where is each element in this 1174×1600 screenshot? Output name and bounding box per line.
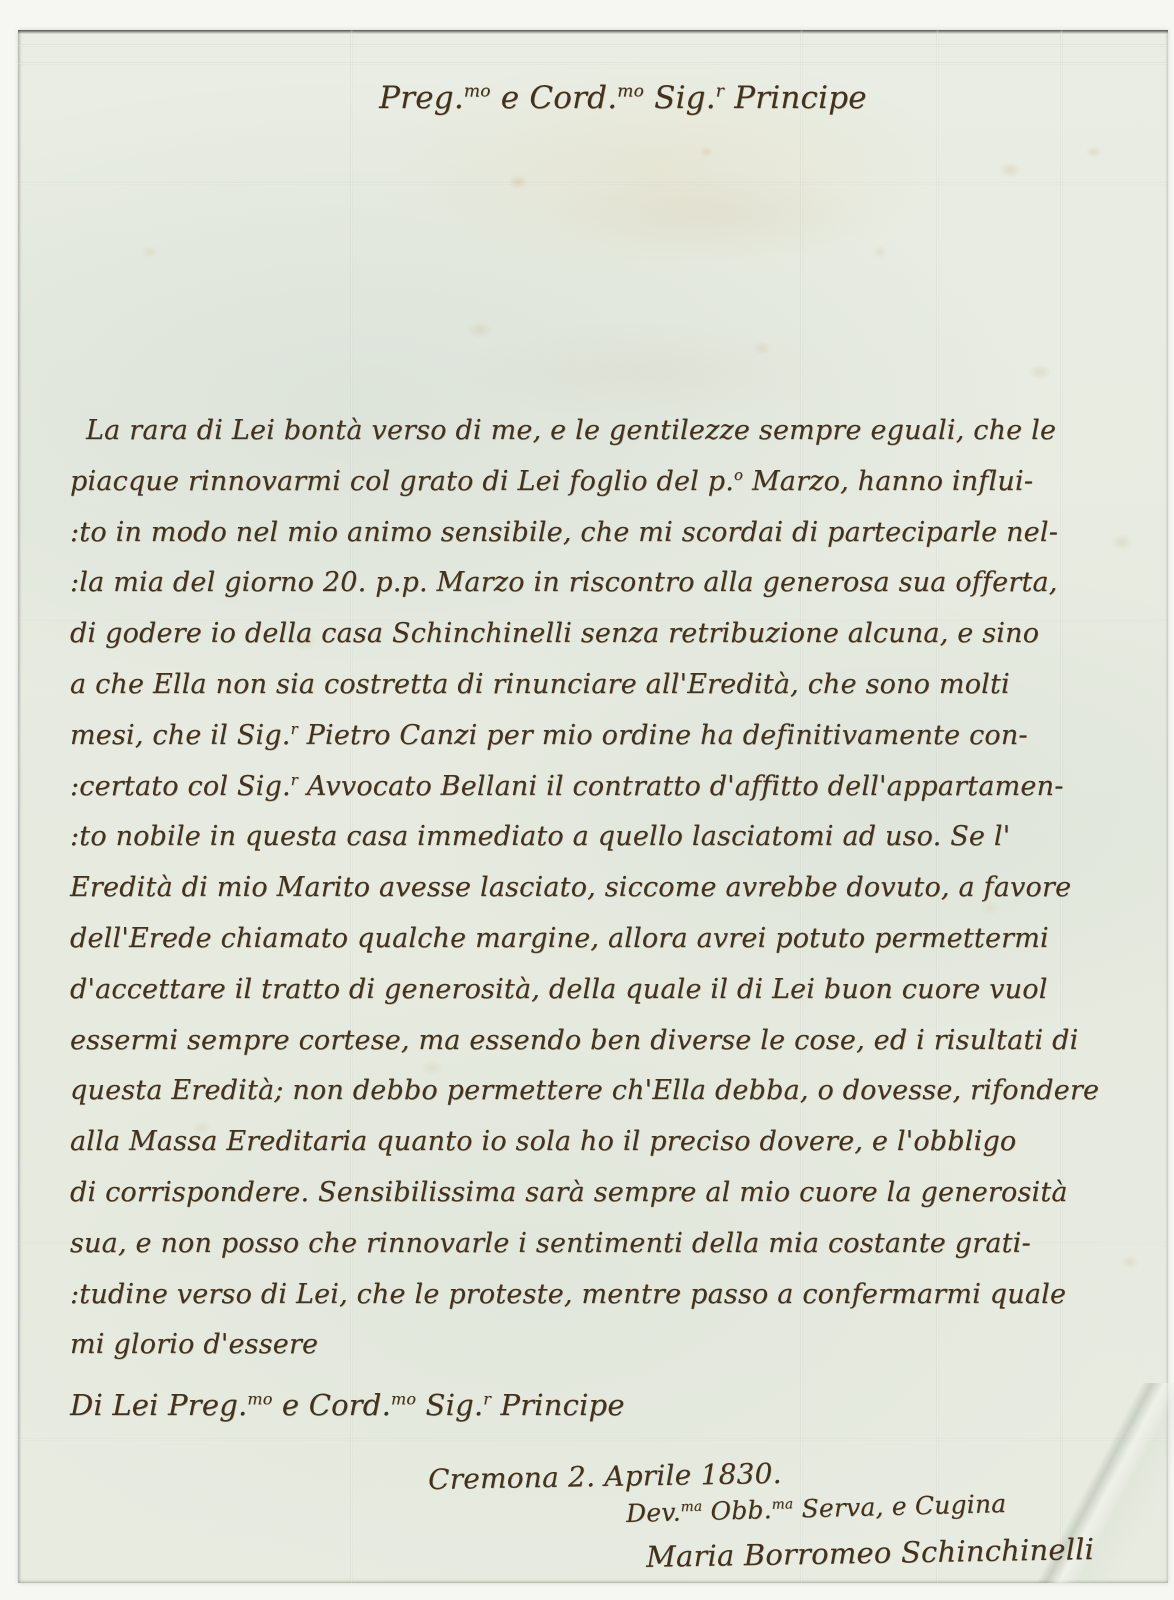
letter-line: di godere io della casa Schinchinelli se… <box>70 609 1099 660</box>
fold-crease <box>18 44 1168 47</box>
date-line: Cremona 2. Aprile 1830. <box>428 1457 782 1496</box>
salutation: Preg.mo e Cord.mo Sig.r Principe <box>48 80 1174 116</box>
fold-crease <box>18 1438 1168 1441</box>
letter-line: sua, e non posso che rinnovarle i sentim… <box>70 1219 1099 1270</box>
letter-line: :to nobile in questa casa immediato a qu… <box>70 812 1099 863</box>
letter-line: mesi, che il Sig.r Pietro Canzi per mio … <box>70 711 1099 762</box>
scanned-letter: Preg.mo e Cord.mo Sig.r Principe La rara… <box>0 0 1174 1600</box>
letter-line: piacque rinnovarmi col grato di Lei fogl… <box>70 457 1099 508</box>
letter-line: alla Massa Ereditaria quanto io sola ho … <box>70 1117 1099 1168</box>
closing-line: Di Lei Preg.mo e Cord.mo Sig.r Principe <box>70 1388 625 1422</box>
letter-line: :to in modo nel mio animo sensibile, che… <box>70 508 1099 559</box>
letter-line: di corrispondere. Sensibilissima sarà se… <box>70 1168 1099 1219</box>
letter-body: La rara di Lei bontà verso di me, e le g… <box>70 406 1099 1371</box>
letter-line: d'accettare il tratto di generosità, del… <box>70 965 1099 1016</box>
letter-line: Eredità di mio Marito avesse lasciato, s… <box>70 863 1099 914</box>
letter-line: questa Eredità; non debbo permettere ch'… <box>70 1066 1099 1117</box>
letter-line: :tudine verso di Lei, che le proteste, m… <box>70 1270 1099 1321</box>
signature: Maria Borromeo Schinchinelli <box>646 1532 1095 1574</box>
fold-crease <box>18 182 1168 185</box>
letter-line: essermi sempre cortese, ma essendo ben d… <box>70 1016 1099 1067</box>
letter-line: a che Ella non sia costretta di rinuncia… <box>70 660 1099 711</box>
letter-line: dell'Erede chiamato qualche margine, all… <box>70 914 1099 965</box>
letter-line: :certato col Sig.r Avvocato Bellani il c… <box>70 762 1099 813</box>
fold-crease <box>18 62 1168 65</box>
valediction: Dev.ma Obb.ma Serva, e Cugina <box>626 1489 1007 1528</box>
letter-paper: Preg.mo e Cord.mo Sig.r Principe La rara… <box>18 30 1168 1583</box>
letter-line: La rara di Lei bontà verso di me, e le g… <box>70 406 1099 457</box>
letter-line: :la mia del giorno 20. p.p. Marzo in ris… <box>70 558 1099 609</box>
letter-line: mi glorio d'essere <box>70 1320 1099 1371</box>
